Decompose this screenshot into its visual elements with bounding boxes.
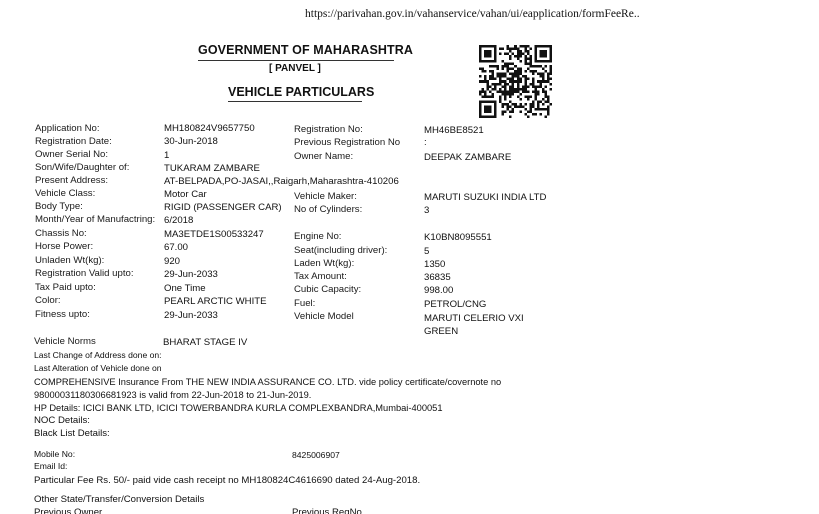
owner-serial-value: 1 xyxy=(164,149,169,162)
manufacture-date-value: 6/2018 xyxy=(164,214,193,227)
black-list-details: Black List Details: xyxy=(34,427,110,440)
vehicle-norms-label: Vehicle Norms xyxy=(34,335,96,348)
registration-date-value: 30-Jun-2018 xyxy=(164,135,218,148)
previous-registration-label: Previous Registration No xyxy=(294,136,400,149)
fuel-label: Fuel: xyxy=(294,297,315,310)
unladen-wt-label: Unladen Wt(kg): xyxy=(35,254,104,267)
chassis-no-value: MA3ETDE1S00533247 xyxy=(164,228,264,241)
tax-amount-label: Tax Amount: xyxy=(294,270,347,283)
vehicle-class-label: Vehicle Class: xyxy=(35,187,95,200)
page-url: https://parivahan.gov.in/vahanservice/va… xyxy=(305,8,640,20)
noc-details: NOC Details: xyxy=(34,414,90,427)
relation-value: TUKARAM ZAMBARE xyxy=(164,162,260,175)
previous-registration-value: : xyxy=(424,136,427,149)
page-title: VEHICLE PARTICULARS xyxy=(228,85,374,99)
email-label: Email Id: xyxy=(34,460,67,473)
laden-wt-value: 1350 xyxy=(424,258,445,271)
title-underline xyxy=(228,101,362,102)
horse-power-label: Horse Power: xyxy=(35,240,93,253)
office-name: [ PANVEL ] xyxy=(269,63,321,74)
previous-owner-label: Previous Owner xyxy=(34,506,102,514)
reg-valid-value: 29-Jun-2033 xyxy=(164,268,218,281)
registration-date-label: Registration Date: xyxy=(35,135,112,148)
engine-no-label: Engine No: xyxy=(294,230,341,243)
vehicle-maker-label: Vehicle Maker: xyxy=(294,190,357,203)
chassis-no-label: Chassis No: xyxy=(35,227,87,240)
qr-code-icon xyxy=(479,45,552,118)
unladen-wt-value: 920 xyxy=(164,255,180,268)
fitness-value: 29-Jun-2033 xyxy=(164,309,218,322)
reg-valid-label: Registration Valid upto: xyxy=(35,267,133,280)
fitness-label: Fitness upto: xyxy=(35,308,90,321)
last-alteration: Last Alteration of Vehicle done on xyxy=(34,362,162,375)
hp-details: HP Details: ICICI BANK LTD, ICICI TOWERB… xyxy=(34,402,443,415)
laden-wt-label: Laden Wt(kg): xyxy=(294,257,354,270)
cylinders-label: No of Cylinders: xyxy=(294,203,362,216)
cubic-capacity-value: 998.00 xyxy=(424,284,453,297)
tax-paid-label: Tax Paid upto: xyxy=(35,281,96,294)
relation-label: Son/Wife/Daughter of: xyxy=(35,161,129,174)
seats-value: 5 xyxy=(424,245,429,258)
previous-regno-label: Previous RegNo xyxy=(292,506,362,514)
vehicle-class-value: Motor Car xyxy=(164,188,207,201)
body-type-value: RIGID (PASSENGER CAR) xyxy=(164,201,282,214)
cylinders-value: 3 xyxy=(424,204,429,217)
registration-no-value: MH46BE8521 xyxy=(424,124,484,137)
horse-power-value: 67.00 xyxy=(164,241,188,254)
application-no-label: Application No: xyxy=(35,122,100,135)
owner-name-label: Owner Name: xyxy=(294,150,353,163)
other-state-heading: Other State/Transfer/Conversion Details xyxy=(34,493,204,506)
government-heading: GOVERNMENT OF MAHARASHTRA xyxy=(198,43,413,57)
color-value: PEARL ARCTIC WHITE xyxy=(164,295,267,308)
vehicle-maker-value: MARUTI SUZUKI INDIA LTD xyxy=(424,191,546,204)
fee-receipt-text: Particular Fee Rs. 50/- paid vide cash r… xyxy=(34,474,420,487)
owner-name-value: DEEPAK ZAMBARE xyxy=(424,151,511,164)
cubic-capacity-label: Cubic Capacity: xyxy=(294,283,361,296)
present-address-value: AT-BELPADA,PO-JASAI,,Raigarh,Maharashtra… xyxy=(164,175,399,188)
color-label: Color: xyxy=(35,294,61,307)
present-address-label: Present Address: xyxy=(35,174,108,187)
heading-underline xyxy=(198,60,394,61)
vehicle-norms-value: BHARAT STAGE IV xyxy=(163,336,247,349)
vehicle-model-value-line2: GREEN xyxy=(424,325,458,338)
last-address-change: Last Change of Address done on: xyxy=(34,349,162,362)
engine-no-value: K10BN8095551 xyxy=(424,231,492,244)
application-no-value: MH180824V9657750 xyxy=(164,122,255,135)
vehicle-model-value-line1: MARUTI CELERIO VXI xyxy=(424,312,524,325)
insurance-line-1: COMPREHENSIVE Insurance From THE NEW IND… xyxy=(34,376,501,389)
manufacture-date-label: Month/Year of Manufactring: xyxy=(35,213,155,226)
registration-no-label: Registration No: xyxy=(294,123,363,136)
owner-serial-label: Owner Serial No: xyxy=(35,148,108,161)
vehicle-model-label: Vehicle Model xyxy=(294,310,354,323)
fuel-value: PETROL/CNG xyxy=(424,298,486,311)
seats-label: Seat(including driver): xyxy=(294,244,387,257)
tax-amount-value: 36835 xyxy=(424,271,451,284)
body-type-label: Body Type: xyxy=(35,200,83,213)
insurance-line-2: 98000031180306681923 is valid from 22-Ju… xyxy=(34,389,311,402)
mobile-value: 8425006907 xyxy=(292,449,340,462)
tax-paid-value: One Time xyxy=(164,282,206,295)
